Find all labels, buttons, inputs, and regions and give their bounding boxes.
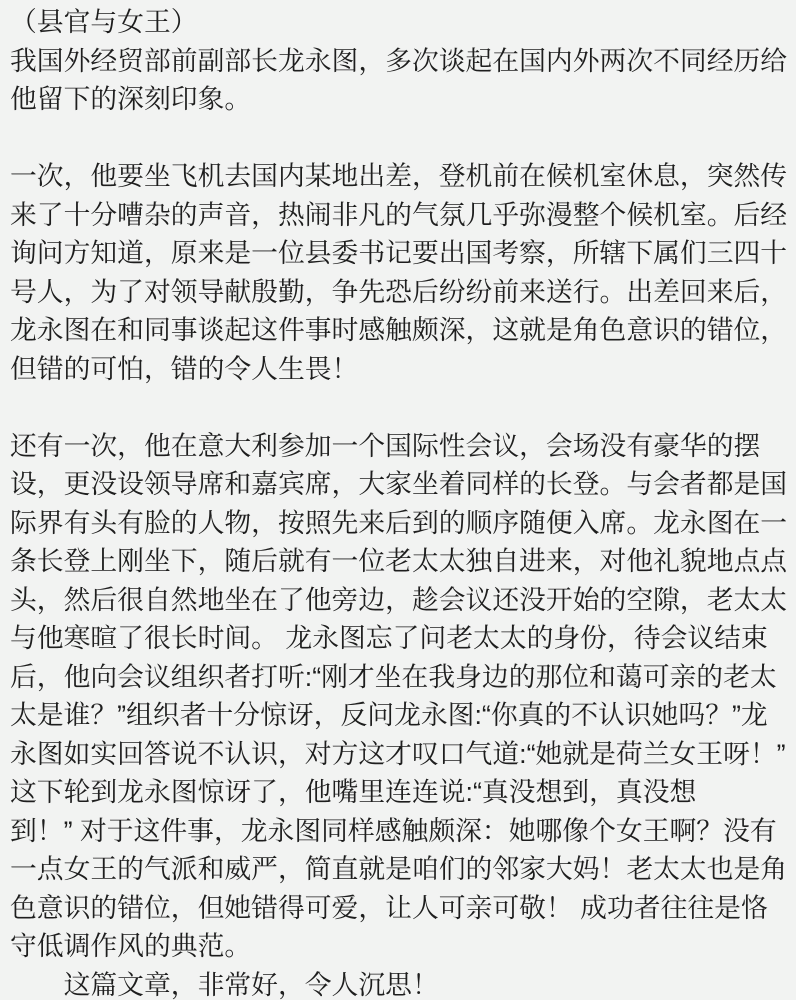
article-document: （县官与女王） 我国外经贸部前副部长龙永图，多次谈起在国内外两次不同经历给 他留… (0, 0, 796, 1000)
paragraph-intro: 我国外经贸部前副部长龙永图，多次谈起在国内外两次不同经历给 他留下的深刻印象。 (10, 42, 788, 119)
document-title: （县官与女王） (10, 3, 788, 42)
paragraph-airport-story: 一次，他要坐飞机去国内某地出差，登机前在候机室休息，突然传 来了十分嘈杂的声音，… (10, 157, 788, 388)
closing-remark: 这篇文章，非常好，令人沉思！ (10, 966, 788, 1000)
paragraph-queen-story: 还有一次，他在意大利参加一个国际性会议，会场没有豪华的摆 设，更没设领导席和嘉宾… (10, 427, 788, 966)
